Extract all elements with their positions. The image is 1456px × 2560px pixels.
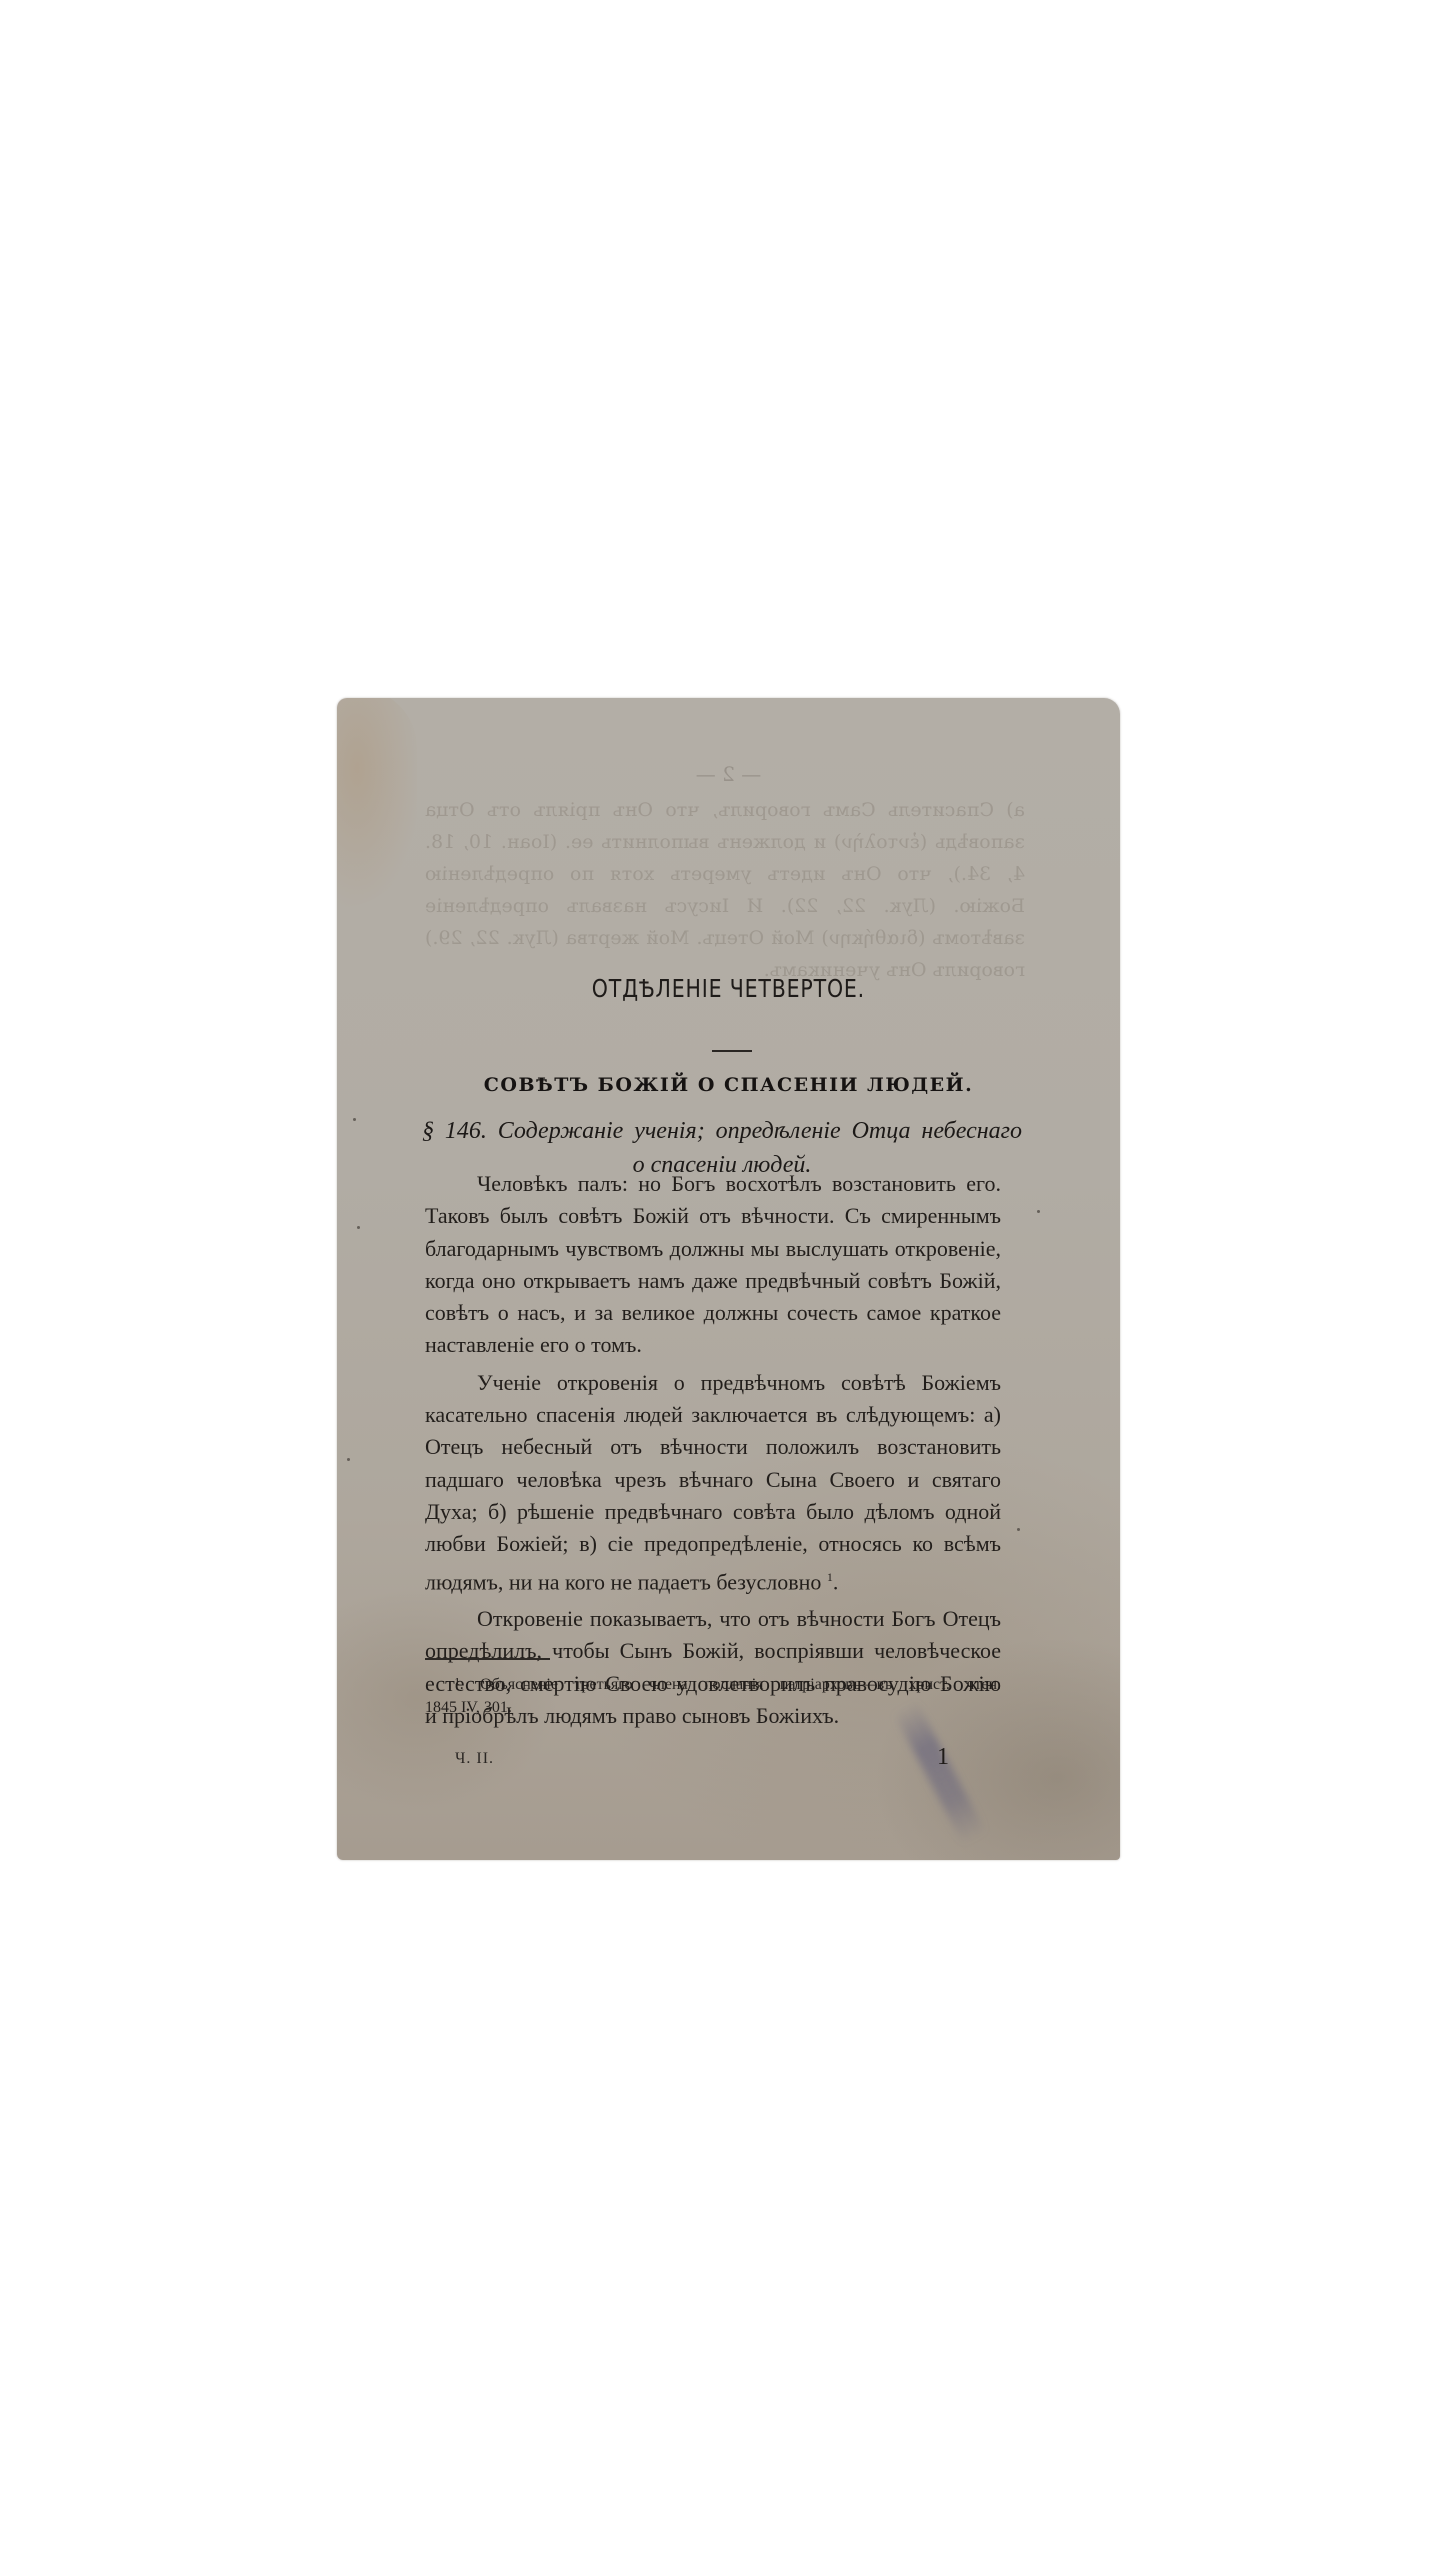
heading-divider bbox=[712, 1050, 752, 1052]
water-stain bbox=[337, 698, 417, 908]
paragraph-1: Человѣкъ палъ: но Богъ восхотѣлъ возстан… bbox=[425, 1168, 1001, 1362]
paper-speck bbox=[1017, 1528, 1020, 1531]
page-number: 1 bbox=[937, 1744, 949, 1771]
paper-speck bbox=[347, 1458, 350, 1461]
show-through-page-number: — 2 — bbox=[337, 762, 1120, 786]
paper-speck bbox=[353, 1118, 356, 1121]
footnote: ¹. Объясненіе третьяго члена посланія па… bbox=[425, 1673, 1001, 1719]
footnote-reference[interactable]: 1 bbox=[827, 1570, 833, 1584]
paragraph-2-text: Ученіе откровенія о предвѣчномъ совѣтѣ Б… bbox=[425, 1370, 1001, 1594]
show-through-text: а) Спаситель Самъ говорилъ, что Онъ прія… bbox=[425, 794, 1025, 986]
footnote-line-1: ¹. Объясненіе третьяго члена посланія па… bbox=[425, 1673, 1001, 1696]
signature-mark: Ч. II. bbox=[455, 1750, 494, 1768]
paper-speck bbox=[357, 1226, 360, 1229]
footnote-line-2: 1845 IV, 301. bbox=[425, 1699, 512, 1716]
section-title-line-1: § 146. Содержаніе ученія; опредѣленіе От… bbox=[422, 1114, 1022, 1148]
footnote-divider bbox=[425, 1658, 550, 1660]
paragraph-2: Ученіе откровенія о предвѣчномъ совѣтѣ Б… bbox=[425, 1367, 1001, 1598]
part-heading: ОТДѢЛЕНІЕ ЧЕТВЕРТОЕ. bbox=[407, 974, 1049, 1003]
chapter-title: СОВѢТЪ БОЖІЙ О СПАСЕНІИ ЛЮДЕЙ. bbox=[337, 1074, 1120, 1096]
body-text: Человѣкъ палъ: но Богъ восхотѣлъ возстан… bbox=[425, 1168, 1001, 1732]
book-page: — 2 — а) Спаситель Самъ говорилъ, что Он… bbox=[337, 698, 1120, 1860]
paper-speck bbox=[1037, 1210, 1040, 1213]
